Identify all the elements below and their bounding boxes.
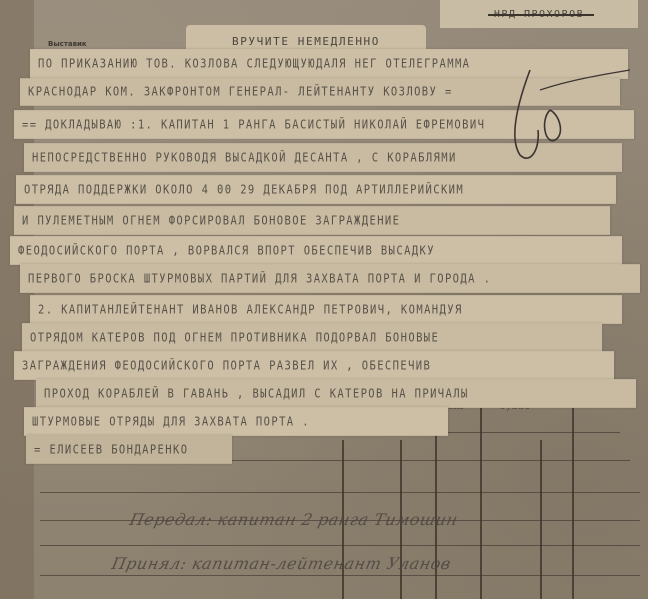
telegram-line-7: ФЕОДОСИЙСКОГО ПОРТА , ВОРВАЛСЯ ВПОРТ ОБЕ… bbox=[10, 236, 622, 265]
telegram-line-6: И ПУЛЕМЕТНЫМ ОГНЕМ ФОРСИРОВАЛ БОНОВОЕ ЗА… bbox=[14, 206, 610, 235]
telegram-line-12: ПРОХОД КОРАБЛЕЙ В ГАВАНЬ , ВЫСАДИЛ С КАТ… bbox=[36, 379, 636, 408]
grid-line-vertical bbox=[540, 440, 542, 599]
handwritten-sent-by: Передал: капитан 2 ранга Тимошин bbox=[128, 510, 460, 529]
grid-line bbox=[40, 545, 640, 546]
telegram-signature-line: = ЕЛИСЕЕВ БОНДАРЕНКО bbox=[26, 435, 232, 464]
handwritten-received-by: Принял: капитан-лейтенант Уланов bbox=[110, 554, 453, 573]
telegram-line-8: ПЕРВОГО БРОСКА ШТУРМОВЫХ ПАРТИЙ ДЛЯ ЗАХВ… bbox=[20, 264, 640, 293]
top-right-label: НРД ПРОХОРОВ bbox=[494, 9, 584, 20]
top-right-label-strip: НРД ПРОХОРОВ bbox=[440, 0, 638, 28]
form-label: Выставик bbox=[48, 40, 87, 48]
telegram-line-5: ОТРЯДА ПОДДЕРЖКИ ОКОЛО 4 00 29 ДЕКАБРЯ П… bbox=[16, 175, 616, 204]
grid-line-vertical bbox=[480, 405, 482, 599]
grid-line-vertical bbox=[572, 405, 574, 599]
telegram-line-11: ЗАГРАЖДЕНИЯ ФЕОДОСИЙСКОГО ПОРТА РАЗВЕЛ И… bbox=[14, 351, 614, 380]
grid-line bbox=[40, 492, 640, 493]
telegram-line-9: 2. КАПИТАНЛЕЙТЕНАНТ ИВАНОВ АЛЕКСАНДР ПЕТ… bbox=[30, 295, 622, 324]
margin-annotation-mark bbox=[500, 60, 640, 170]
telegram-line-10: ОТРЯДОМ КАТЕРОВ ПОД ОГНЕМ ПРОТИВНИКА ПОД… bbox=[22, 323, 602, 352]
grid-line bbox=[440, 432, 620, 433]
grid-line bbox=[230, 460, 630, 461]
telegram-line-13: ШТУРМОВЫЕ ОТРЯДЫ ДЛЯ ЗАХВАТА ПОРТА . bbox=[24, 407, 448, 436]
header-text: ВРУЧИТЕ НЕМЕДЛЕННО bbox=[232, 35, 380, 48]
grid-line bbox=[40, 575, 640, 576]
